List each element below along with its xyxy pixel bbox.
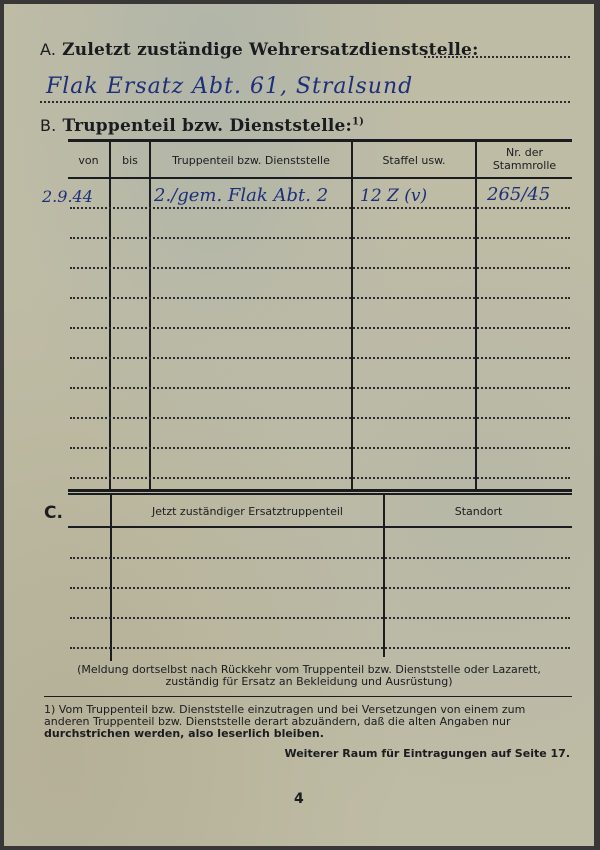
table-c-row-line-1 — [70, 557, 570, 559]
table-b-divider-3 — [351, 140, 353, 490]
table-b-row-line-7 — [70, 387, 570, 389]
col-header-staffel: Staffel usw. — [353, 154, 475, 167]
table-b-top-rule — [68, 139, 572, 142]
page-number: 4 — [294, 791, 304, 807]
table-b-row-line-10 — [70, 477, 570, 479]
table-c-header-rule — [68, 526, 572, 528]
col-header-stammrolle: Nr. der Stammrolle — [477, 146, 572, 172]
section-b-heading: B.Truppenteil bzw. Dienststelle:1) — [40, 116, 364, 136]
col-header-von: von — [68, 154, 109, 167]
section-a-handwritten-entry: Flak Ersatz Abt. 61, Stralsund — [46, 74, 413, 99]
section-c-note: (Meldung dortselbst nach Rückkehr vom Tr… — [44, 664, 574, 688]
table-b-row-line-3 — [70, 267, 570, 269]
soldbuch-page: A.Zuletzt zuständige Wehrersatzdienstste… — [4, 4, 594, 846]
section-c-letter: C. — [44, 503, 63, 523]
footnote: 1) Vom Truppenteil bzw. Dienststelle ein… — [44, 704, 574, 740]
table-b-divider-4 — [475, 140, 477, 490]
footnote-line-3: durchstrichen werden, also leserlich ble… — [44, 728, 574, 740]
section-a-dotted-line — [424, 56, 570, 58]
section-b-letter: B. — [40, 116, 56, 135]
row1-truppenteil: 2./gem. Flak Abt. 2 — [154, 185, 328, 206]
table-b-header-rule — [68, 177, 572, 179]
col-header-bis: bis — [111, 154, 149, 167]
table-b-row-line-4 — [70, 297, 570, 299]
table-c-row-line-3 — [70, 617, 570, 619]
table-b-row-line-2 — [70, 237, 570, 239]
table-c-divider-1 — [110, 493, 112, 661]
table-b-divider-2 — [149, 140, 151, 490]
table-b-row-line-8 — [70, 417, 570, 419]
table-c-row-line-2 — [70, 587, 570, 589]
section-a-heading: A.Zuletzt zuständige Wehrersatzdienstste… — [40, 40, 479, 60]
more-space-note: Weiterer Raum für Eintragungen auf Seite… — [44, 748, 570, 760]
row1-staffel: 12 Z (v) — [360, 186, 427, 206]
row1-von: 2.9.44 — [42, 187, 93, 206]
section-a-entry-line — [40, 101, 570, 103]
section-a-title: Zuletzt zuständige Wehrersatzdienststell… — [62, 40, 478, 60]
section-b-footnote-marker: 1) — [352, 116, 364, 127]
table-b-row-line-6 — [70, 357, 570, 359]
section-c-note-line-2: zuständig für Ersatz an Bekleidung und A… — [44, 676, 574, 688]
table-b-row-line-9 — [70, 447, 570, 449]
col-header-truppenteil: Truppenteil bzw. Dienststelle — [151, 154, 351, 167]
section-a-letter: A. — [40, 40, 56, 59]
row1-stammrolle: 265/45 — [487, 184, 550, 205]
table-b-bottom-rule — [68, 489, 572, 492]
col-header-ersatztruppenteil: Jetzt zuständiger Ersatztruppenteil — [112, 505, 383, 518]
table-b-row-line-5 — [70, 327, 570, 329]
table-b-row-line-1 — [70, 207, 570, 209]
table-c-top-rule — [68, 493, 572, 495]
table-b-divider-1 — [109, 140, 111, 490]
section-b-title: Truppenteil bzw. Dienststelle: — [62, 116, 352, 136]
col-header-standort: Standort — [385, 505, 572, 518]
footnote-separator — [44, 696, 572, 697]
table-c-row-line-4 — [70, 647, 570, 649]
